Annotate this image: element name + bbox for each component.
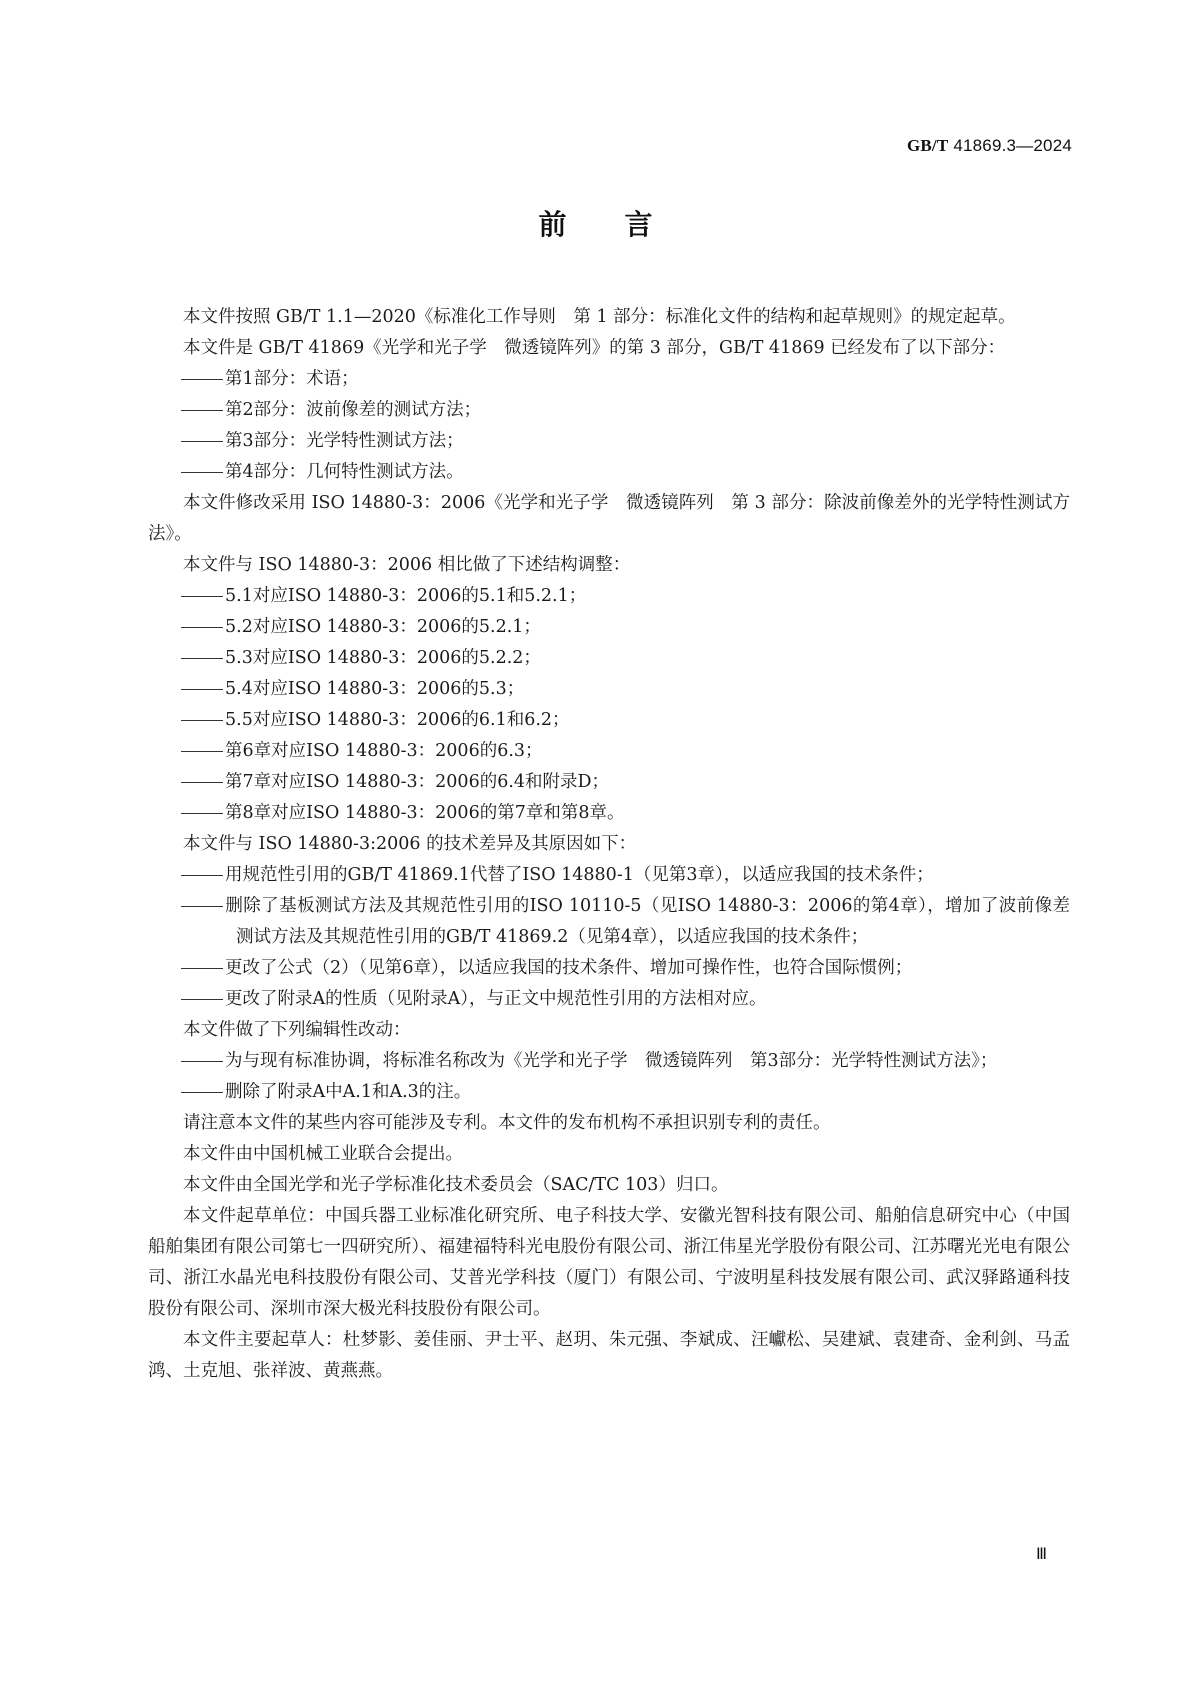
list-item: 更改了附录A的性质（见附录A），与正文中规范性引用的方法相对应。 — [148, 984, 1070, 1015]
document-page: GB/T 41869.3—2024 前言 本文件按照 GB/T 1.1—2020… — [0, 0, 1191, 1684]
list-item: 5.4对应ISO 14880-3：2006的5.3； — [148, 674, 1070, 705]
dash-bullet — [181, 813, 223, 814]
list-item-text: 第6章对应ISO 14880-3：2006的6.3； — [225, 741, 543, 761]
paragraph-drafting-rules: 本文件按照 GB/T 1.1—2020《标准化工作导则 第 1 部分：标准化文件… — [148, 302, 1070, 333]
list-item-text: 第3部分：光学特性测试方法； — [225, 431, 464, 451]
dash-bullet — [181, 875, 223, 876]
list-item-text: 5.2对应ISO 14880-3：2006的5.2.1； — [225, 617, 541, 637]
list-item-text: 第4部分：几何特性测试方法。 — [225, 462, 464, 482]
list-item: 删除了基板测试方法及其规范性引用的ISO 10110-5（见ISO 14880-… — [148, 891, 1070, 953]
list-item: 用规范性引用的GB/T 41869.1代替了ISO 14880-1（见第3章），… — [148, 860, 1070, 891]
list-item: 第6章对应ISO 14880-3：2006的6.3； — [148, 736, 1070, 767]
dash-bullet — [181, 1092, 223, 1093]
dash-bullet — [181, 751, 223, 752]
list-item-text: 更改了附录A的性质（见附录A），与正文中规范性引用的方法相对应。 — [225, 989, 767, 1009]
paragraph-drafting-units: 本文件起草单位：中国兵器工业标准化研究所、电子科技大学、安徽光智科技有限公司、船… — [148, 1201, 1070, 1325]
dash-bullet — [181, 689, 223, 690]
parts-list: 第1部分：术语； 第2部分：波前像差的测试方法； 第3部分：光学特性测试方法； … — [148, 364, 1070, 488]
list-item-text: 第7章对应ISO 14880-3：2006的6.4和附录D； — [225, 772, 609, 792]
list-item-text: 用规范性引用的GB/T 41869.1代替了ISO 14880-1（见第3章），… — [225, 865, 934, 885]
list-item: 删除了附录A中A.1和A.3的注。 — [148, 1077, 1070, 1108]
list-item: 为与现有标准协调，将标准名称改为《光学和光子学 微透镜阵列 第3部分：光学特性测… — [148, 1046, 1070, 1077]
list-item: 第4部分：几何特性测试方法。 — [148, 457, 1070, 488]
list-item-text: 5.4对应ISO 14880-3：2006的5.3； — [225, 679, 524, 699]
standard-prefix: GB/T — [907, 136, 948, 155]
list-item-text: 5.3对应ISO 14880-3：2006的5.2.2； — [225, 648, 541, 668]
list-item-text: 删除了附录A中A.1和A.3的注。 — [225, 1082, 471, 1102]
list-item-text: 更改了公式（2）（见第6章），以适应我国的技术条件、增加可操作性，也符合国际惯例… — [225, 958, 912, 978]
dash-bullet — [181, 627, 223, 628]
list-item: 第1部分：术语； — [148, 364, 1070, 395]
paragraph-adoption: 本文件修改采用 ISO 14880-3：2006《光学和光子学 微透镜阵列 第 … — [148, 488, 1070, 550]
document-body: 本文件按照 GB/T 1.1—2020《标准化工作导则 第 1 部分：标准化文件… — [148, 302, 1070, 1387]
list-item: 5.5对应ISO 14880-3：2006的6.1和6.2； — [148, 705, 1070, 736]
dash-bullet — [181, 968, 223, 969]
paragraph-patent-notice: 请注意本文件的某些内容可能涉及专利。本文件的发布机构不承担识别专利的责任。 — [148, 1108, 1070, 1139]
dash-bullet — [181, 782, 223, 783]
standard-code: 41869.3—2024 — [948, 136, 1072, 155]
list-item-text: 第1部分：术语； — [225, 369, 359, 389]
list-item: 5.3对应ISO 14880-3：2006的5.2.2； — [148, 643, 1070, 674]
dash-bullet — [181, 1061, 223, 1062]
dash-bullet — [181, 441, 223, 442]
tech-diff-list: 用规范性引用的GB/T 41869.1代替了ISO 14880-1（见第3章），… — [148, 860, 1070, 1015]
dash-bullet — [181, 410, 223, 411]
paragraph-committee: 本文件由全国光学和光子学标准化技术委员会（SAC/TC 103）归口。 — [148, 1170, 1070, 1201]
paragraph-series-parts: 本文件是 GB/T 41869《光学和光子学 微透镜阵列》的第 3 部分，GB/… — [148, 333, 1070, 364]
list-item-text: 5.5对应ISO 14880-3：2006的6.1和6.2； — [225, 710, 570, 730]
list-item-text: 为与现有标准协调，将标准名称改为《光学和光子学 微透镜阵列 第3部分：光学特性测… — [225, 1051, 997, 1071]
paragraph-structure-intro: 本文件与 ISO 14880-3：2006 相比做了下述结构调整： — [148, 550, 1070, 581]
editorial-list: 为与现有标准协调，将标准名称改为《光学和光子学 微透镜阵列 第3部分：光学特性测… — [148, 1046, 1070, 1108]
standard-number: GB/T 41869.3—2024 — [907, 136, 1072, 156]
list-item: 第2部分：波前像差的测试方法； — [148, 395, 1070, 426]
dash-bullet — [181, 596, 223, 597]
dash-bullet — [181, 379, 223, 380]
structure-list: 5.1对应ISO 14880-3：2006的5.1和5.2.1； 5.2对应IS… — [148, 581, 1070, 829]
dash-bullet — [181, 999, 223, 1000]
list-item-text: 第8章对应ISO 14880-3：2006的第7章和第8章。 — [225, 803, 624, 823]
list-item-text: 删除了基板测试方法及其规范性引用的ISO 10110-5（见ISO 14880-… — [225, 896, 1070, 947]
page-title: 前言 — [0, 203, 1191, 243]
paragraph-drafters: 本文件主要起草人：杜梦影、姜佳丽、尹士平、赵玥、朱元强、李斌成、汪巘松、吴建斌、… — [148, 1325, 1070, 1387]
list-item: 5.1对应ISO 14880-3：2006的5.1和5.2.1； — [148, 581, 1070, 612]
list-item: 第7章对应ISO 14880-3：2006的6.4和附录D； — [148, 767, 1070, 798]
list-item-text: 第2部分：波前像差的测试方法； — [225, 400, 481, 420]
dash-bullet — [181, 472, 223, 473]
list-item-text: 5.1对应ISO 14880-3：2006的5.1和5.2.1； — [225, 586, 586, 606]
page-number: Ⅲ — [1036, 1544, 1047, 1564]
paragraph-editorial-intro: 本文件做了下列编辑性改动： — [148, 1015, 1070, 1046]
list-item: 5.2对应ISO 14880-3：2006的5.2.1； — [148, 612, 1070, 643]
paragraph-tech-diff-intro: 本文件与 ISO 14880-3:2006 的技术差异及其原因如下： — [148, 829, 1070, 860]
dash-bullet — [181, 720, 223, 721]
paragraph-proposer: 本文件由中国机械工业联合会提出。 — [148, 1139, 1070, 1170]
dash-bullet — [181, 658, 223, 659]
dash-bullet — [181, 906, 223, 907]
list-item: 第8章对应ISO 14880-3：2006的第7章和第8章。 — [148, 798, 1070, 829]
list-item: 第3部分：光学特性测试方法； — [148, 426, 1070, 457]
list-item: 更改了公式（2）（见第6章），以适应我国的技术条件、增加可操作性，也符合国际惯例… — [148, 953, 1070, 984]
